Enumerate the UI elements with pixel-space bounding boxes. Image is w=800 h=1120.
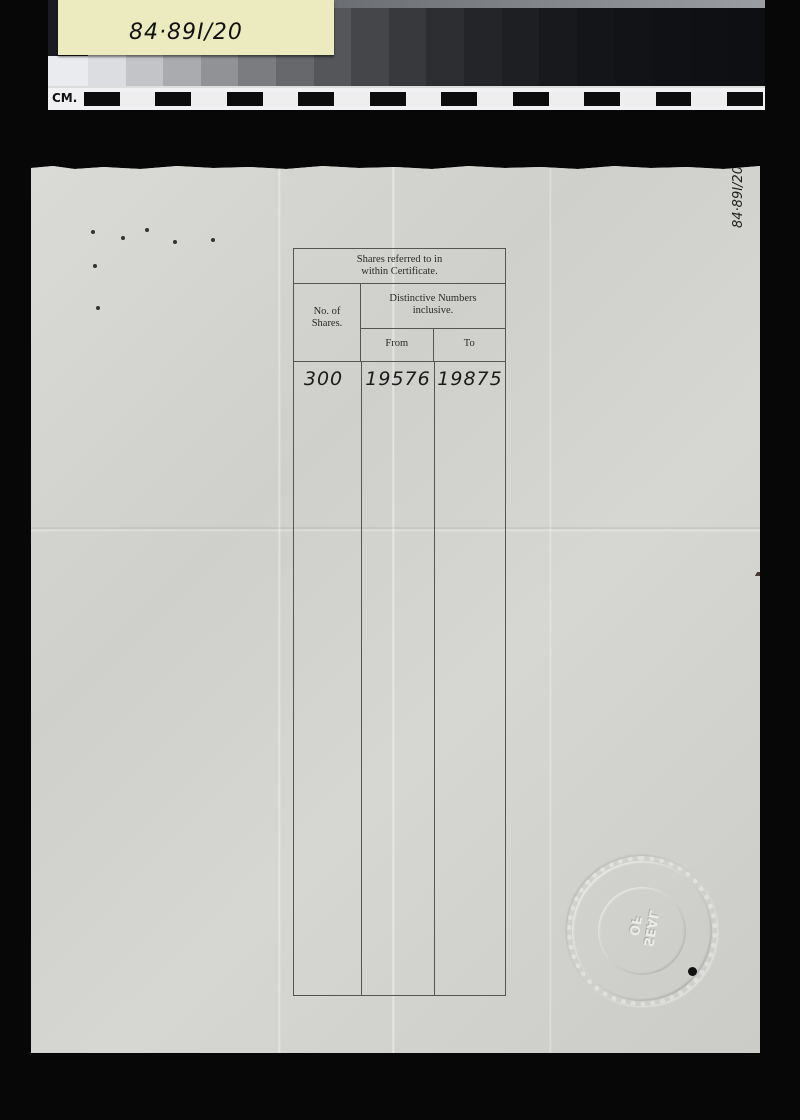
grey-step	[652, 8, 690, 86]
ruler-segment	[727, 92, 763, 106]
header-distinctive-title: Distinctive Numbers inclusive.	[361, 284, 505, 329]
pin-hole	[91, 230, 95, 234]
grey-step	[690, 8, 728, 86]
table-title-line2: within Certificate.	[294, 266, 505, 278]
pin-hole	[173, 240, 177, 244]
header-no-of-shares-line2: Shares.	[312, 318, 343, 330]
margin-accession-number: 84·89I/20	[731, 166, 746, 228]
ruler-segment	[298, 92, 334, 106]
grey-step	[577, 8, 615, 86]
header-distinctive-line2: inclusive.	[361, 305, 505, 317]
grey-step	[502, 8, 540, 86]
header-from: From	[361, 329, 434, 361]
ruler-segment	[513, 92, 549, 106]
ruler-segment	[406, 92, 442, 106]
paper-tear	[755, 572, 787, 576]
table-body: 300 19576 19875	[294, 362, 505, 995]
column-no-of-shares: 300	[294, 362, 362, 995]
header-distinctive-line1: Distinctive Numbers	[361, 293, 505, 305]
ruler-segment	[155, 92, 191, 106]
ruler-segment	[441, 92, 477, 106]
ruler-segment	[84, 92, 120, 106]
grey-step	[615, 8, 653, 86]
ruler-segment	[370, 92, 406, 106]
column-to: 19875	[435, 362, 505, 995]
header-no-of-shares-line1: No. of	[312, 306, 343, 318]
cell-no-of-shares: 300	[286, 368, 361, 390]
table-title-line1: Shares referred to in	[294, 254, 505, 266]
shares-table: Shares referred to in within Certificate…	[293, 248, 506, 996]
pin-hole	[211, 238, 215, 242]
ruler-segment	[191, 92, 227, 106]
ruler-segment	[263, 92, 299, 106]
ruler-segment	[691, 92, 727, 106]
grey-step	[464, 8, 502, 86]
card-top-strip	[332, 0, 765, 8]
ruler-segment	[120, 92, 156, 106]
ruler-segment	[584, 92, 620, 106]
ruler-segment	[549, 92, 585, 106]
ruler-segment	[656, 92, 692, 106]
grey-step	[539, 8, 577, 86]
pin-hole	[121, 236, 125, 240]
ruler-unit-label: CM.	[52, 91, 77, 105]
ruler-segment	[477, 92, 513, 106]
grey-step	[426, 8, 464, 86]
header-no-of-shares: No. of Shares.	[294, 284, 361, 361]
pin-hole	[93, 264, 97, 268]
grey-step	[727, 8, 765, 86]
share-certificate-reverse: 84·89I/20 Shares referred to in within C…	[31, 166, 760, 1053]
ruler-segment	[227, 92, 263, 106]
column-from: 19576	[362, 362, 435, 995]
table-header: No. of Shares. Distinctive Numbers inclu…	[294, 284, 505, 362]
header-subcolumns: From To	[361, 329, 505, 361]
ruler-ticks	[84, 92, 763, 106]
pin-hole	[145, 228, 149, 232]
embossed-seal: SEAL OF	[567, 856, 717, 1006]
cell-from: 19576	[362, 368, 434, 390]
table-title: Shares referred to in within Certificate…	[294, 249, 505, 284]
ruler-segment	[334, 92, 370, 106]
header-distinctive-numbers: Distinctive Numbers inclusive. From To	[361, 284, 505, 361]
cm-ruler: CM.	[48, 86, 765, 110]
accession-label: 84·89I/20	[58, 0, 334, 55]
accession-number: 84·89I/20	[129, 20, 243, 45]
white-patch	[48, 56, 88, 86]
grey-step	[389, 8, 427, 86]
header-to: To	[434, 329, 506, 361]
ruler-segment	[620, 92, 656, 106]
pin-hole	[96, 306, 100, 310]
cell-to: 19875	[435, 368, 505, 390]
grey-step	[351, 8, 389, 86]
seal-hole	[688, 967, 697, 976]
